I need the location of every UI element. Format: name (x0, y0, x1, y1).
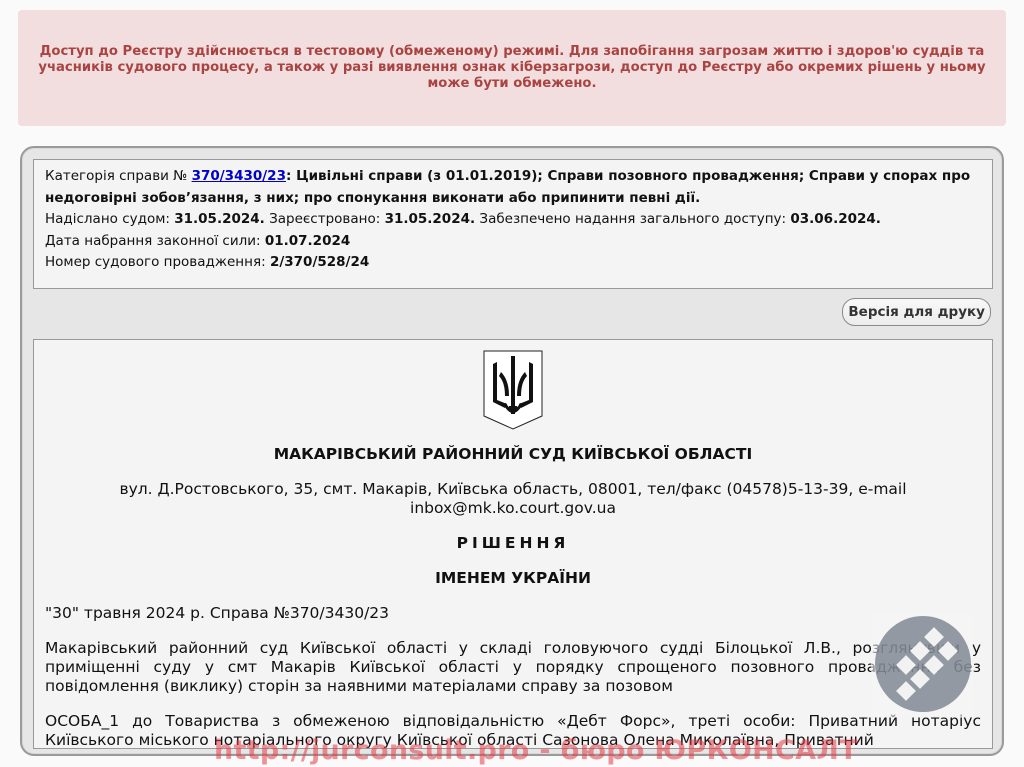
category-line: Категорія справи № 370/3430/23: Цивільні… (45, 166, 981, 209)
content-frame: Категорія справи № 370/3430/23: Цивільні… (20, 146, 1004, 756)
sent-date: 31.05.2024. (174, 211, 265, 227)
court-name: МАКАРІВСЬКИЙ РАЙОННИЙ СУД КИЇВСЬКОЇ ОБЛА… (45, 445, 981, 464)
case-info-panel: Категорія справи № 370/3430/23: Цивільні… (33, 159, 993, 289)
registered-date: 31.05.2024. (385, 211, 476, 227)
proceeding-number: 2/370/528/24 (270, 254, 369, 270)
decision-title: РІШЕННЯ (45, 534, 981, 553)
proceeding-number-line: Номер судового провадження: 2/370/528/24 (45, 252, 981, 274)
public-access-date: 03.06.2024. (790, 211, 881, 227)
diamond-pattern-icon (875, 616, 971, 712)
decision-document: МАКАРІВСЬКИЙ РАЙОННИЙ СУД КИЇВСЬКОЇ ОБЛА… (33, 339, 993, 749)
effective-date: 01.07.2024 (265, 233, 350, 249)
translate-widget-icon (875, 616, 971, 712)
ukraine-trident-emblem-icon (483, 350, 543, 430)
date-case-line: "30" травня 2024 р. Справа №370/3430/23 (45, 604, 981, 623)
print-version-button[interactable]: Версія для друку (842, 298, 991, 326)
court-address: вул. Д.Ростовського, 35, смт. Макарів, К… (45, 480, 981, 518)
case-number-link[interactable]: 370/3430/23 (192, 168, 286, 184)
effective-date-line: Дата набрання законної сили: 01.07.2024 (45, 231, 981, 253)
alert-text: Доступ до Реєстру здійснюється в тестово… (36, 44, 988, 92)
site-watermark: http://jurconsult.pro - бюро ЮРКОНСАЛТ (214, 735, 858, 766)
dates-line: Надіслано судом: 31.05.2024. Зареєстрова… (45, 209, 981, 231)
in-the-name-heading: ІМЕНЕМ УКРАЇНИ (45, 569, 981, 588)
decision-paragraph: Макарівський районний суд Київської обла… (45, 639, 981, 696)
access-warning-alert: Доступ до Реєстру здійснюється в тестово… (18, 10, 1006, 126)
translate-widget-button[interactable] (871, 614, 973, 716)
